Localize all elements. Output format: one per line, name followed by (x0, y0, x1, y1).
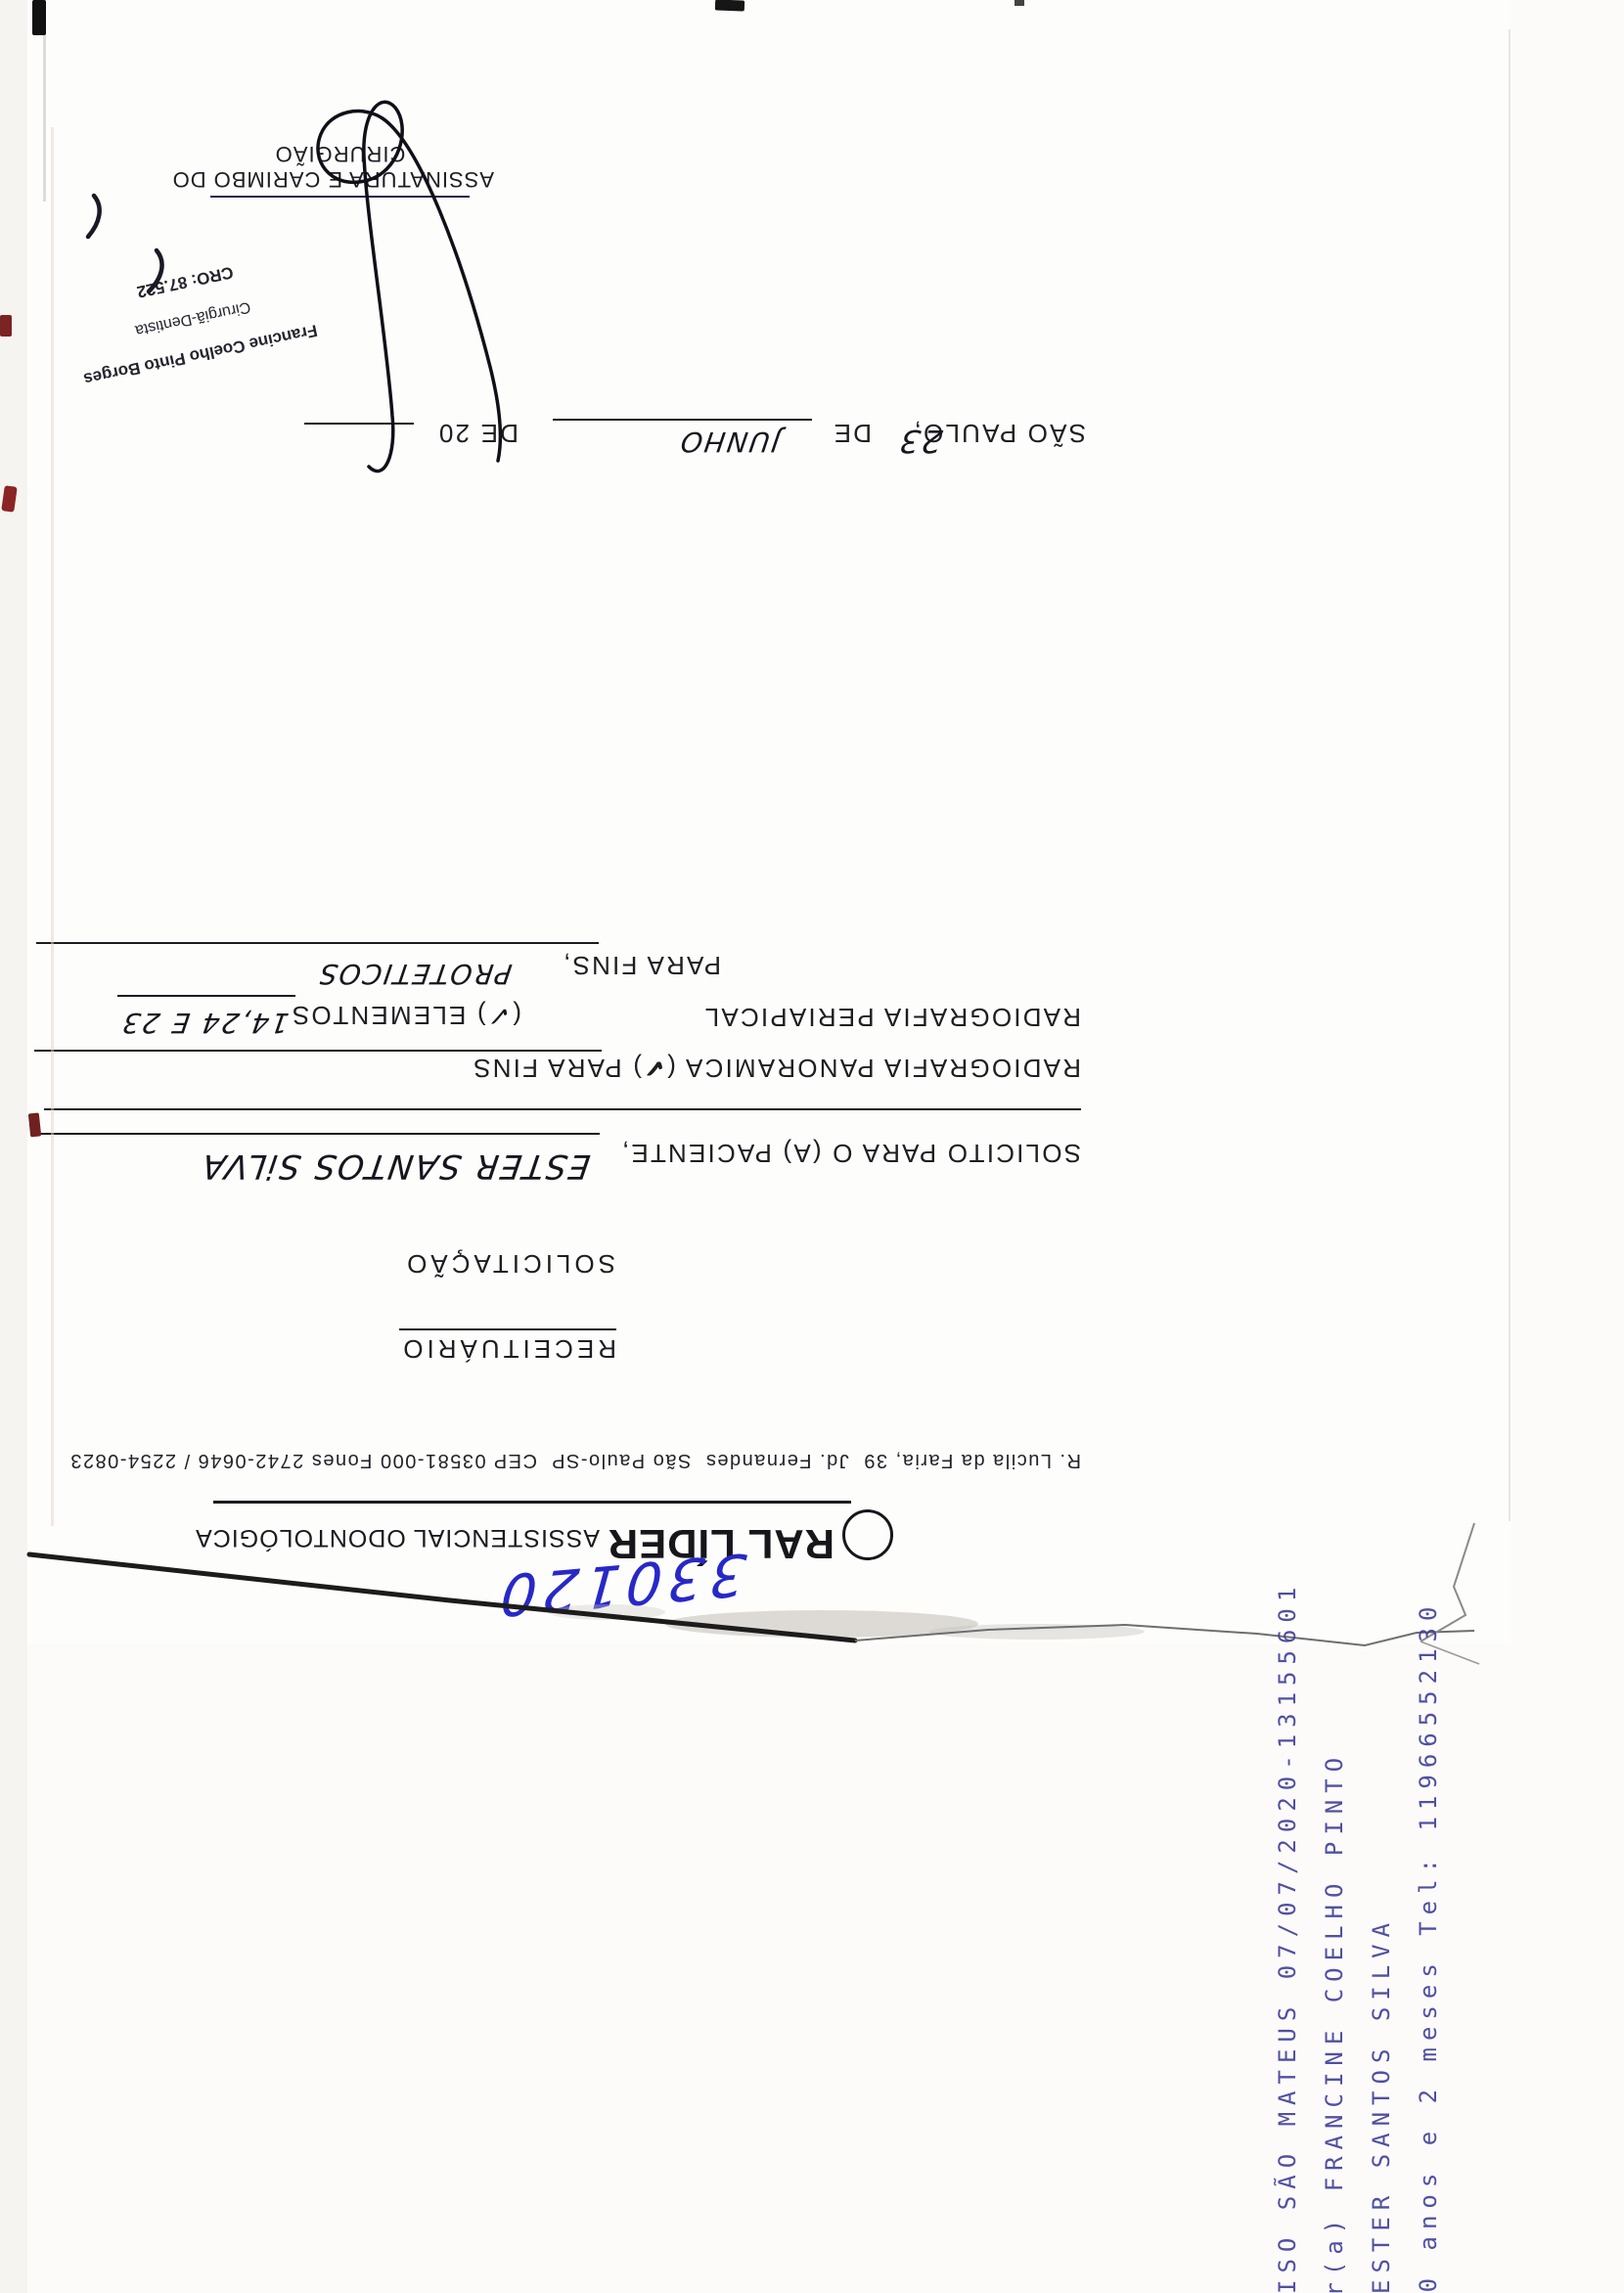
dot-matrix-line-4: Idade: 40 anos e 2 meses Tel: 1196655213… (1405, 1551, 1452, 2293)
top-edge-mark (32, 0, 46, 35)
dot-matrix-line-3: ESTER SANTOS SILVA (1358, 1551, 1405, 2293)
left-edge-red-mark (0, 315, 12, 337)
scanned-receipt-page: RAL LÍDER ASSISTENCIAL ODONTOLÓGICA 3301… (0, 0, 1624, 2293)
scan-streak (51, 127, 54, 1526)
dot-matrix-line-1: ISO SÃO MATEUS 07/07/2020-13155601 (1264, 1551, 1311, 2293)
dot-matrix-print: ISO SÃO MATEUS 07/07/2020-13155601 Dr(a)… (1264, 1551, 1460, 2293)
torn-edge-main (29, 1554, 855, 1641)
dot-matrix-line-2: Dr(a) FRANCINE COELHO PINTO (1311, 1551, 1358, 2293)
